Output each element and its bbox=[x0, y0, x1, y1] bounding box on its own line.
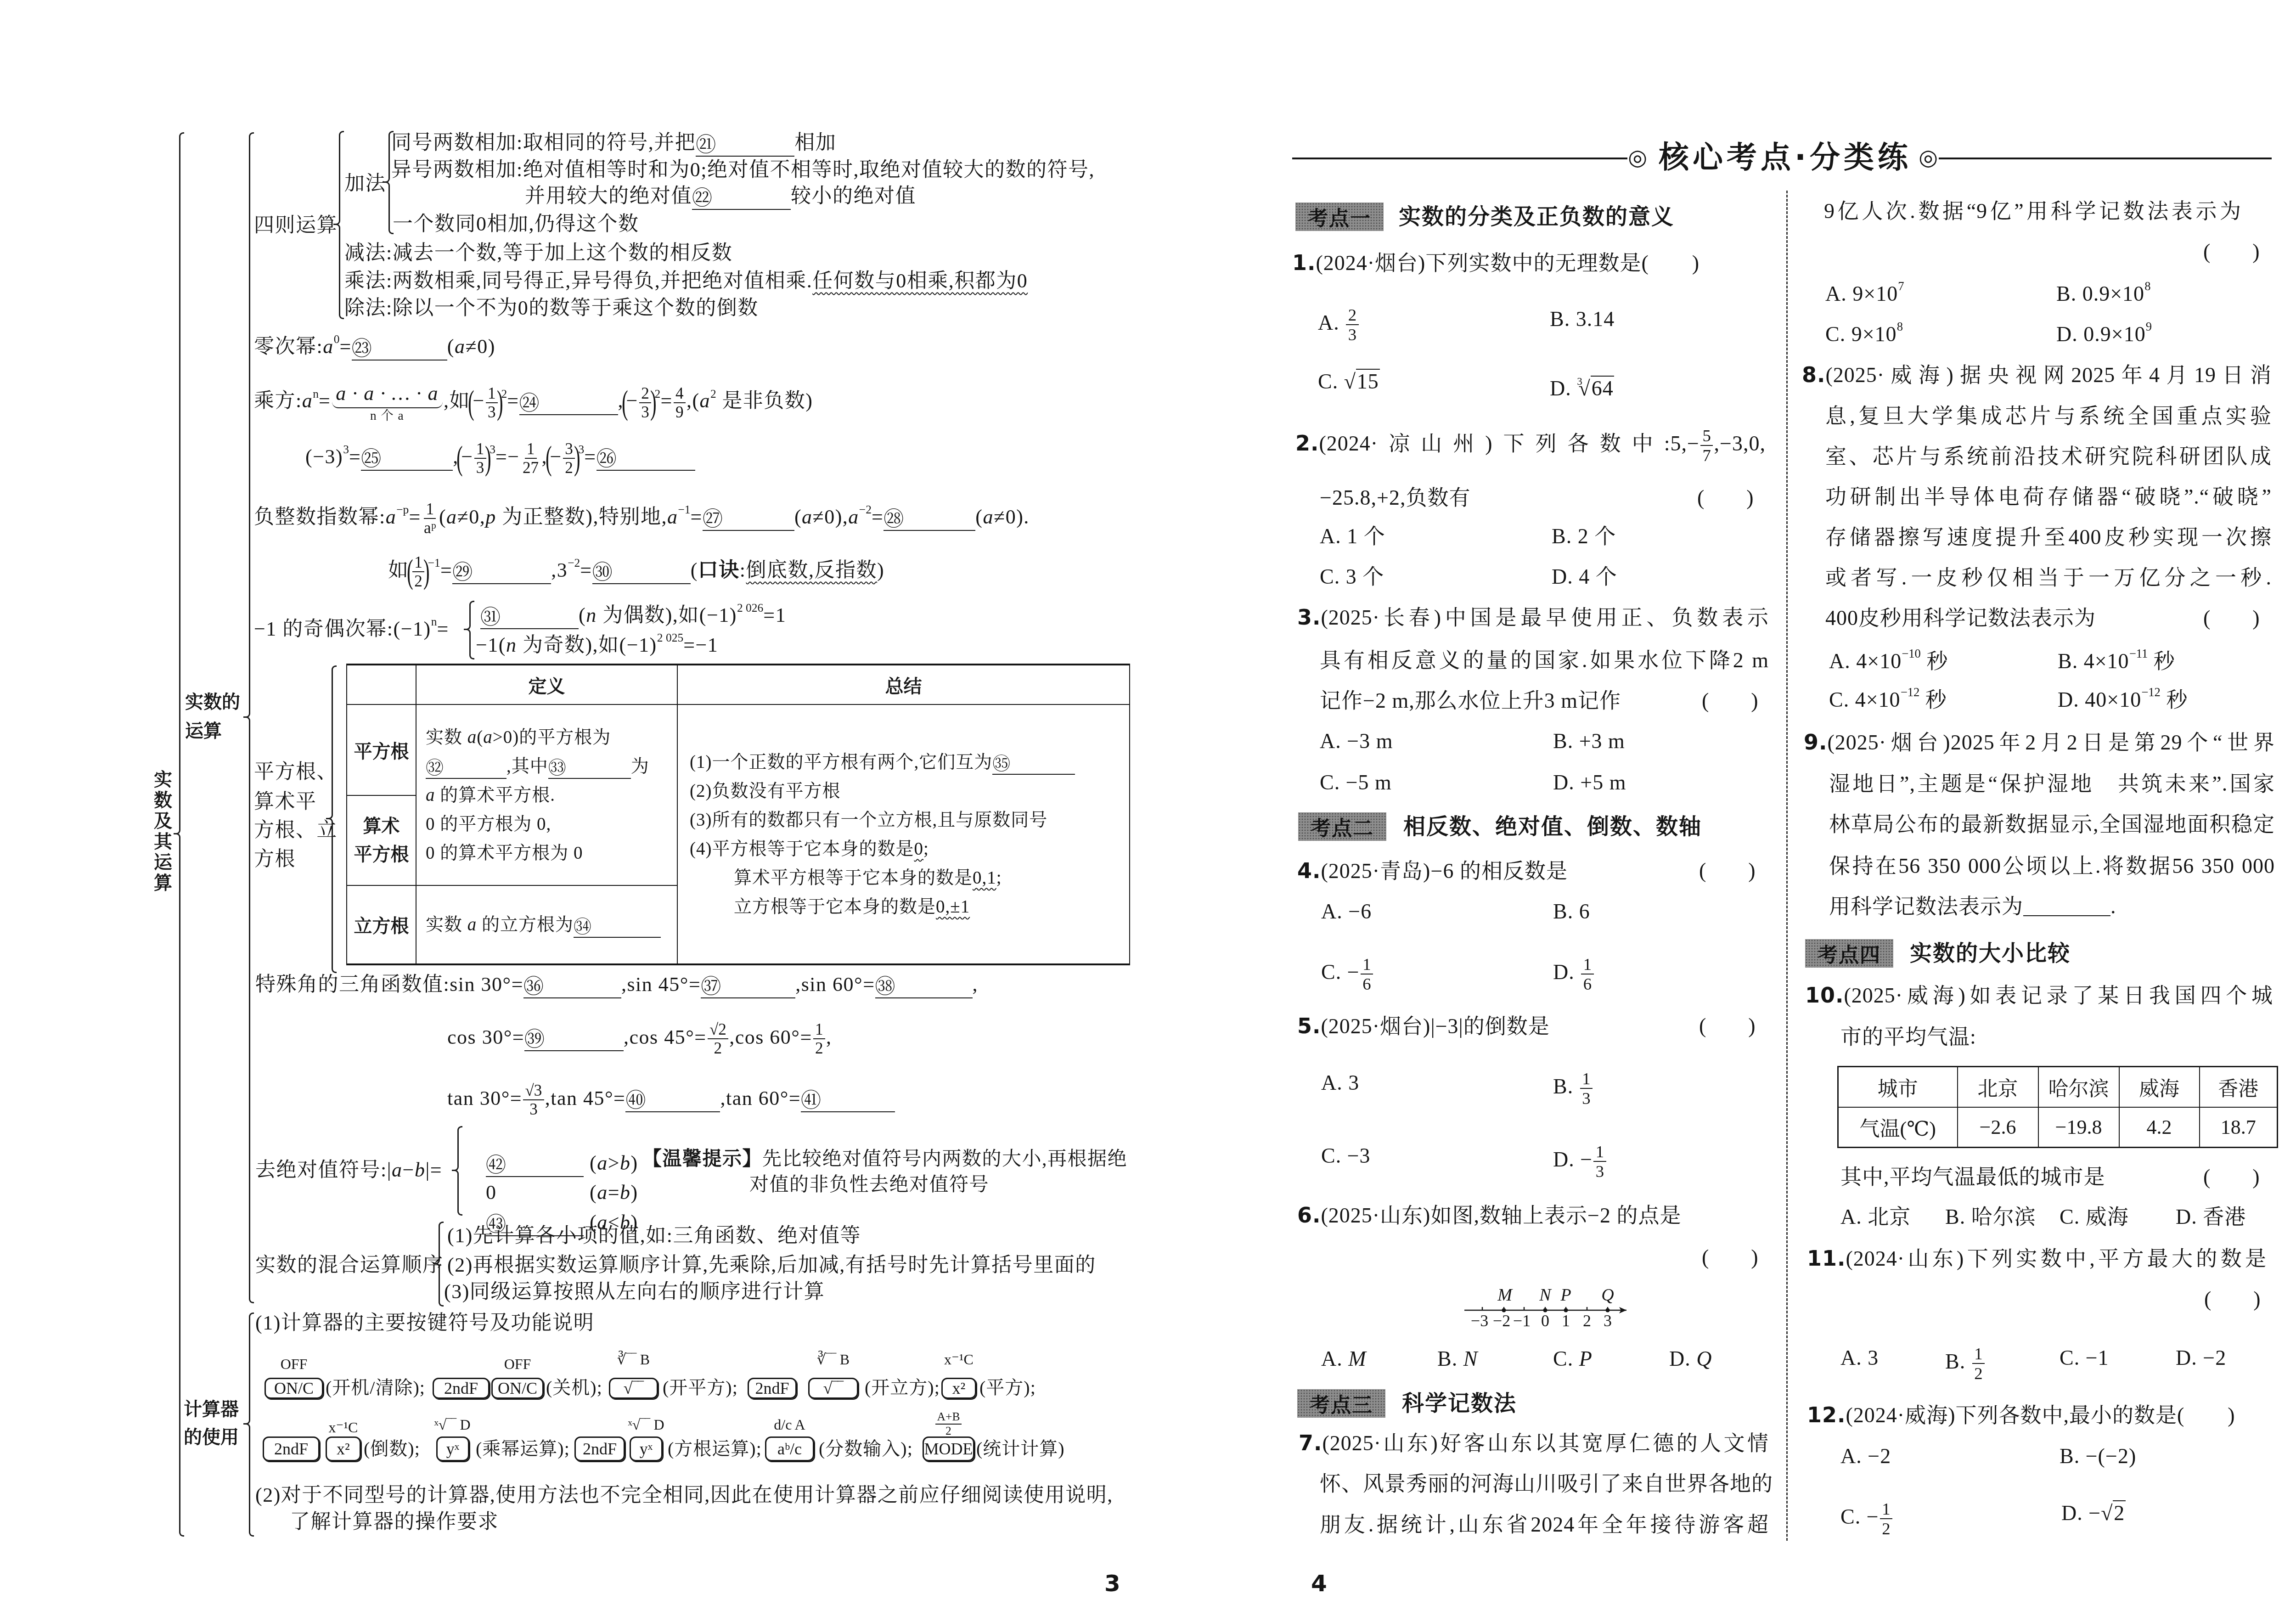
math-variable: a bbox=[302, 389, 313, 412]
answer-blank: ㊴ bbox=[524, 1029, 624, 1051]
q1-option-b: B. 3.14 bbox=[1550, 305, 1615, 333]
calculator-intro: (1)计算器的主要按键符号及功能说明 bbox=[255, 1310, 594, 1336]
brace-part bbox=[332, 822, 337, 973]
power-examples: (−3)3=㉕,(−13)3=−127,(−32)3=㉖ bbox=[305, 440, 695, 466]
summary-line: 立方根等于它本身的数是0,±1 bbox=[690, 892, 1129, 921]
q3-answer-paren: ( ) bbox=[1702, 687, 1758, 715]
definition-line: ㉜,其中㉝为 bbox=[426, 752, 677, 781]
superscript: 2 026 bbox=[737, 601, 763, 614]
q8-option-d: D. 40×10−12 秒 bbox=[2058, 686, 2188, 714]
mixed-order-label: 实数的混合运算顺序 bbox=[255, 1252, 444, 1278]
temperature-table-row: 气温(℃) −2.6 −19.8 4.2 18.7 bbox=[1838, 1107, 2278, 1148]
key-square-root: √‾‾ bbox=[609, 1378, 658, 1399]
fraction: √22 bbox=[708, 1020, 728, 1058]
key-square-root: √‾‾ bbox=[808, 1378, 858, 1399]
big-paren: ( bbox=[622, 386, 629, 420]
q10-prompt: 其中,平均气温最低的城市是 bbox=[1840, 1163, 2105, 1191]
superscript: 2 025 bbox=[657, 631, 683, 644]
math-variable: a bbox=[802, 506, 813, 528]
key-on-c: ON/C bbox=[491, 1378, 544, 1399]
key-2ndf: 2ndF bbox=[433, 1378, 490, 1399]
superscript: −2 bbox=[568, 556, 580, 569]
big-paren: ) bbox=[496, 386, 503, 420]
q2-option-d: D. 4 个 bbox=[1552, 563, 1617, 591]
brace-part bbox=[452, 1170, 459, 1174]
q12-stem: 12.(2024·威海)下列各数中,最小的数是( ) bbox=[1807, 1401, 2235, 1429]
math-variable: a bbox=[323, 335, 334, 358]
big-paren: ( bbox=[468, 386, 475, 420]
bold-text: 8. bbox=[1802, 362, 1825, 387]
bold-text: 6. bbox=[1297, 1203, 1321, 1228]
fraction: 12 bbox=[1972, 1344, 1985, 1383]
fraction: 13 bbox=[1580, 1069, 1593, 1108]
answer-blank: ㉝ bbox=[548, 759, 631, 779]
big-paren: ( bbox=[545, 441, 552, 476]
point-label: N bbox=[1539, 1285, 1552, 1305]
q7-option-a: A. 9×107 bbox=[1825, 280, 1904, 308]
q6-answer-paren: ( ) bbox=[1702, 1244, 1758, 1271]
brace-part bbox=[249, 1312, 254, 1420]
q9-stem-line-with-blank: 用科学记数法表示为. bbox=[1829, 893, 2116, 920]
answer-blank: ㉕ bbox=[361, 449, 453, 471]
parity-power-odd: −1(n 为奇数),如(−1)2 025=−1 bbox=[476, 632, 718, 658]
brace-root bbox=[174, 132, 185, 1537]
table-cell: 18.7 bbox=[2200, 1107, 2278, 1148]
section-badge: 考点三 bbox=[1297, 1389, 1385, 1418]
key-caption-root: (方根运算); bbox=[668, 1436, 762, 1462]
roots-table-header-definition: 定义 bbox=[416, 665, 677, 704]
table-cell: −19.8 bbox=[2038, 1107, 2119, 1148]
answer-blank: ㉑ bbox=[696, 135, 794, 157]
roots-label-line1: 平方根、 bbox=[254, 759, 338, 785]
tick-label: 0 bbox=[1541, 1312, 1549, 1329]
answer-blank: ㊱ bbox=[523, 976, 621, 998]
math-variable: n bbox=[506, 634, 517, 656]
math-variable: a bbox=[467, 915, 477, 935]
point-label: M bbox=[1497, 1285, 1513, 1305]
definition-line: 0 的平方根为 0, bbox=[426, 810, 677, 839]
bold-text: 5. bbox=[1297, 1014, 1321, 1038]
q12-option-c: C. −12 bbox=[1840, 1499, 1893, 1527]
math-variable: a bbox=[700, 389, 711, 412]
summary-line: (3)所有的数都只有一个立方根,且与原数同号 bbox=[690, 805, 1129, 834]
q10-option-a: A. 北京 bbox=[1840, 1203, 1911, 1231]
square-root-definition-cell: 实数 a(a>0)的平方根为 ㉜,其中㉝为 a 的算术平方根. 0 的平方根为 … bbox=[416, 704, 677, 885]
big-paren: ) bbox=[650, 386, 657, 420]
q8-option-a: A. 4×10−10 秒 bbox=[1829, 648, 1948, 675]
parity-power-even: ㉛(n 为偶数),如(−1)2 026=1 bbox=[480, 603, 786, 628]
tick-label: −1 bbox=[1513, 1312, 1531, 1329]
brace-part bbox=[457, 1126, 462, 1166]
row-label-arithmetic-square-root: 算术 平方根 bbox=[347, 795, 416, 885]
answer-blank: ㉜ bbox=[426, 759, 506, 779]
q9-stem-line: 湿地日”,主题是“保护湿地 共筑未来”.国家 bbox=[1829, 770, 2275, 798]
key-alt-cube-root: ∛‾‾ B bbox=[609, 1350, 658, 1369]
q2-stem-line: −25.8,+2,负数有 bbox=[1320, 484, 1470, 512]
brace-part bbox=[464, 629, 471, 633]
bold-text: 11. bbox=[1807, 1246, 1846, 1271]
fraction: 12 bbox=[813, 1020, 825, 1058]
q7-option-d: D. 0.9×109 bbox=[2056, 321, 2152, 348]
key-2ndf: 2ndF bbox=[263, 1436, 320, 1461]
brace-part bbox=[332, 665, 337, 815]
answer-blank: ㊳ bbox=[875, 976, 973, 998]
q3-stem-line: 记作−2 m,那么水位上升3 m记作 bbox=[1320, 687, 1621, 715]
tick-label: −2 bbox=[1493, 1312, 1510, 1329]
abs-value-label: 去绝对值符号:|a−b|= bbox=[255, 1157, 442, 1183]
q6-stem: 6.(2025·山东)如图,数轴上表示−2 的点是 bbox=[1297, 1201, 1681, 1229]
addition-rule-same-sign: 同号两数相加:取相同的符号,并把㉑相加 bbox=[391, 130, 836, 156]
key-square: x² bbox=[326, 1436, 361, 1461]
q8-stem-line: 存储器擦写速度提升至400皮秒实现一次擦 bbox=[1825, 524, 2272, 551]
summary-line: (1)一个正数的平方根有两个,它们互为㉟ bbox=[690, 748, 1129, 777]
roots-summary-cell: (1)一个正数的平方根有两个,它们互为㉟ (2)负数没有平方根 (3)所有的数都… bbox=[677, 704, 1130, 964]
brace-part bbox=[249, 721, 254, 1303]
fraction: 1aᵖ bbox=[422, 500, 438, 537]
parity-power-label: −1 的奇偶次幂:(−1)n= bbox=[254, 616, 449, 642]
key-alt-mean: A+B2 bbox=[923, 1406, 974, 1438]
fraction: 57 bbox=[1700, 426, 1713, 465]
brace-part bbox=[243, 716, 250, 721]
q5-option-d: D. −13 bbox=[1553, 1142, 1607, 1170]
math-variable: a bbox=[386, 506, 397, 528]
temperature-table: 城市 北京 哈尔滨 威海 香港 气温(℃) −2.6 −19.8 4.2 18.… bbox=[1837, 1066, 2278, 1148]
section-title: 实数的大小比较 bbox=[1910, 939, 2071, 968]
roots-label-line4: 方根 bbox=[254, 846, 296, 872]
key-caption-power-on-clear: (开机/清除); bbox=[326, 1375, 425, 1401]
q9-stem-line: 林草局公布的最新数据显示,全国湿地面积稳定 bbox=[1829, 811, 2275, 838]
key-caption-power: (乘幂运算); bbox=[476, 1436, 570, 1462]
bold-text: 1. bbox=[1292, 250, 1316, 275]
q2-stem: 2.(2024·凉山州)下列各数中:5,−57,−3,0, bbox=[1295, 426, 1766, 454]
q10-option-c: C. 威海 bbox=[2060, 1203, 2129, 1231]
bold-text: 10. bbox=[1805, 983, 1844, 1008]
key-caption-statistics: (统计计算) bbox=[976, 1436, 1065, 1462]
q3-stem-line: 具有相反意义的量的国家.如果水位下降2 m bbox=[1320, 647, 1769, 674]
answer-blank: ㉛ bbox=[480, 607, 579, 629]
definition-line: 实数 a(a>0)的平方根为 bbox=[426, 723, 677, 752]
emphasis-wavy: 0 bbox=[914, 839, 923, 859]
brace-part bbox=[457, 1174, 462, 1216]
key-caption-square: (平方); bbox=[979, 1375, 1036, 1401]
answer-blank: ㉗ bbox=[703, 509, 794, 531]
key-caption-fraction: (分数输入); bbox=[819, 1436, 913, 1462]
column-divider bbox=[1786, 191, 1788, 1541]
radical: √2 bbox=[2101, 1499, 2126, 1527]
q8-answer-paren: ( ) bbox=[2203, 604, 2260, 632]
abs-case-equal: 0(a=b) bbox=[463, 1154, 638, 1180]
answer-blank: ㉖ bbox=[597, 449, 695, 471]
answer-blank: ㉞ bbox=[574, 918, 661, 938]
section-badge: 考点二 bbox=[1298, 812, 1386, 841]
bullseye-icon: ◎ bbox=[1628, 144, 1647, 171]
math-variable: a bbox=[848, 506, 859, 528]
fraction: 127 bbox=[521, 440, 541, 477]
definition-line: 0 的算术平方根为 0 bbox=[426, 839, 677, 867]
table-header-cell: 威海 bbox=[2119, 1067, 2200, 1107]
q5-option-a: A. 3 bbox=[1321, 1069, 1359, 1097]
page-number-left: 3 bbox=[1104, 1571, 1120, 1596]
q8-stem-line: 功研制出半导体电荷存储器“破晓”.“破晓” bbox=[1825, 483, 2272, 511]
superscript: −1 bbox=[678, 503, 690, 516]
math-variable: p bbox=[485, 506, 496, 528]
brace-part bbox=[339, 131, 344, 220]
four-ops-label: 四则运算 bbox=[254, 213, 338, 238]
zero-power-rule: 零次幂:a0=㉓(a≠0) bbox=[254, 334, 495, 360]
answer-blank: ㉘ bbox=[884, 509, 975, 531]
superscript: 0 bbox=[334, 332, 340, 346]
q7-answer-paren: ( ) bbox=[2203, 238, 2260, 265]
superscript: −10 bbox=[1902, 647, 1921, 660]
key-power: yˣ bbox=[436, 1436, 469, 1461]
math-variable: a bbox=[483, 727, 493, 747]
math-variable: P bbox=[1579, 1347, 1593, 1370]
trig-sin-values: 特殊角的三角函数值:sin 30°=㊱,sin 45°=㊲,sin 60°=㊳, bbox=[255, 972, 978, 997]
bold-text: 9. bbox=[1804, 730, 1827, 755]
page-number-right: 4 bbox=[1311, 1571, 1327, 1596]
q12-option-a: A. −2 bbox=[1840, 1442, 1891, 1470]
q11-answer-paren: ( ) bbox=[2204, 1285, 2261, 1313]
superscript: n bbox=[431, 615, 437, 628]
negative-exponent-example: 如(12)−1=㉙,3−2=㉚(口诀:倒底数,反指数) bbox=[388, 553, 884, 579]
answer-blank: ㉒ bbox=[692, 188, 791, 210]
tick-label: 3 bbox=[1604, 1312, 1612, 1329]
fraction: 12 bbox=[412, 553, 424, 591]
underbrace: a · a · … · an 个 a bbox=[332, 383, 443, 423]
table-header-cell: 香港 bbox=[2200, 1067, 2278, 1107]
q4-option-c: C. −16 bbox=[1321, 955, 1374, 982]
math-variable: n bbox=[586, 604, 597, 626]
q6-option-c: C. P bbox=[1553, 1345, 1593, 1373]
fraction: 23 bbox=[1346, 305, 1358, 344]
q8-stem-line: 息,复旦大学集成芯片与系统全国重点实验 bbox=[1825, 402, 2272, 430]
q9-stem: 9.(2025·烟台)2025年2月2日是第29个“世界 bbox=[1804, 728, 2275, 756]
q9-stem-line: 保持在56 350 000公顷以上.将数据56 350 000 bbox=[1829, 852, 2275, 880]
fraction: 13 bbox=[1593, 1142, 1606, 1181]
superscript: 8 bbox=[1897, 320, 1903, 333]
q1-stem: 1.(2024·烟台)下列实数中的无理数是( ) bbox=[1292, 249, 1699, 276]
fraction: 32 bbox=[563, 440, 575, 477]
fraction: √33 bbox=[523, 1082, 544, 1119]
math-variable: a bbox=[667, 506, 678, 528]
tick-label: 1 bbox=[1562, 1312, 1570, 1329]
superscript: n bbox=[313, 387, 319, 400]
q11-option-d: D. −2 bbox=[2176, 1344, 2226, 1372]
calculator-label-line2: 的使用 bbox=[184, 1426, 239, 1448]
table-cell: 气温(℃) bbox=[1838, 1107, 1958, 1148]
math-variable: a bbox=[983, 506, 994, 528]
mixed-order-step: (3)同级运算按照从左向右的顺序进行计算 bbox=[444, 1279, 825, 1305]
math-variable: N bbox=[1463, 1347, 1478, 1370]
q8-option-b: B. 4×10−11 秒 bbox=[2058, 648, 2175, 675]
big-paren: ) bbox=[574, 441, 581, 476]
superscript: 2 bbox=[710, 387, 716, 400]
fraction: 13 bbox=[486, 384, 498, 422]
q1-option-c: C. √15 bbox=[1318, 368, 1380, 395]
roots-table-corner-cell bbox=[347, 665, 416, 704]
number-line-figure: −3 −2 −1 0 1 2 3 M N P Q bbox=[1456, 1277, 1639, 1329]
q8-stem-line: 400皮秒用科学记数法表示为 bbox=[1825, 604, 2096, 632]
brace-operations bbox=[243, 132, 254, 1303]
mixed-order-step: (2)再根据实数运算顺序计算,先乘除,后加减,有括号时先计算括号里面的 bbox=[447, 1252, 1096, 1278]
bullseye-icon: ◎ bbox=[1919, 144, 1938, 171]
big-paren: ( bbox=[456, 441, 463, 476]
brace-part bbox=[174, 833, 180, 838]
abs-case-greater: ㊷(a>b) bbox=[463, 1125, 638, 1150]
section-title: 科学记数法 bbox=[1402, 1389, 1517, 1418]
q8-stem: 8.(2025·威海)据央视网2025年4月19日消 bbox=[1802, 361, 2272, 389]
cube-root-definition-cell: 实数 a 的立方根为㉞ bbox=[416, 885, 677, 964]
answer-blank: ㉙ bbox=[452, 562, 551, 584]
math-variable: a bbox=[426, 785, 435, 805]
brace-part bbox=[469, 601, 474, 625]
q4-answer-paren: ( ) bbox=[1699, 857, 1756, 884]
key-alt-off: OFF bbox=[264, 1355, 323, 1373]
addition-label: 加法 bbox=[344, 171, 386, 197]
table-header-cell: 哈尔滨 bbox=[2038, 1067, 2119, 1107]
superscript: 7 bbox=[1898, 279, 1904, 293]
key-2ndf: 2ndF bbox=[574, 1436, 625, 1461]
section-badge: 考点一 bbox=[1295, 203, 1384, 231]
definition-line: a 的算术平方根. bbox=[426, 781, 677, 810]
addition-rule-opposite-sign-cont: 并用较大的绝对值㉒较小的绝对值 bbox=[525, 183, 916, 209]
math-variable: a bbox=[392, 1159, 403, 1181]
summary-line: (4)平方根等于它本身的数是0; bbox=[690, 834, 1129, 863]
brace-part bbox=[249, 1428, 254, 1537]
q2-answer-paren: ( ) bbox=[1697, 484, 1754, 512]
q4-stem: 4.(2025·青岛)−6 的相反数是 bbox=[1297, 857, 1568, 884]
roots-table-row: 平方根 实数 a(a>0)的平方根为 ㉜,其中㉝为 a 的算术平方根. 0 的平… bbox=[347, 704, 1130, 795]
bold-text: 12. bbox=[1807, 1403, 1846, 1427]
big-paren: ) bbox=[423, 555, 430, 589]
row-label-line: 算术 bbox=[347, 812, 416, 840]
q11-option-c: C. −1 bbox=[2060, 1344, 2109, 1372]
emphasis-wavy: 倒底数,反指数 bbox=[746, 559, 878, 581]
table-cell: 4.2 bbox=[2119, 1107, 2200, 1148]
point-label: P bbox=[1560, 1285, 1571, 1305]
q4-option-a: A. −6 bbox=[1321, 898, 1372, 925]
math-variable: a bbox=[467, 727, 477, 747]
mixed-order-step: (1)先计算各小项的值,如:三角函数、绝对值等 bbox=[447, 1223, 861, 1249]
q1-option-d: D. 3√64 bbox=[1550, 368, 1614, 395]
operations-label-line1: 实数的 bbox=[185, 691, 240, 713]
fraction: 13 bbox=[474, 440, 486, 477]
roots-label-line3: 方根、立 bbox=[254, 817, 338, 843]
q5-option-c: C. −3 bbox=[1321, 1142, 1371, 1170]
radical: √15 bbox=[1344, 368, 1380, 395]
q2-option-b: B. 2 个 bbox=[1552, 523, 1616, 550]
bold-text: 口诀 bbox=[698, 558, 740, 582]
section-title: 实数的分类及正负数的意义 bbox=[1399, 203, 1674, 231]
math-variable: M bbox=[1348, 1347, 1366, 1370]
brace-part bbox=[339, 228, 344, 319]
key-alt-nth-root: ˣ√‾‾ D bbox=[427, 1415, 478, 1434]
calculator-label-line1: 计算器 bbox=[184, 1398, 239, 1420]
key-alt-nth-root: ˣ√‾‾ D bbox=[621, 1415, 671, 1434]
q11-stem: 11.(2024·山东)下列实数中,平方最大的数是 bbox=[1807, 1245, 2267, 1272]
math-variable: Q bbox=[1696, 1347, 1712, 1370]
header-rule-left bbox=[1292, 158, 1627, 159]
superscript: 3 bbox=[343, 443, 349, 456]
q2-option-c: C. 3 个 bbox=[1320, 563, 1384, 591]
tick-label: 2 bbox=[1583, 1312, 1591, 1329]
q7-stem-line: 朋友.据统计,山东省2024年全年接待游客超 bbox=[1320, 1511, 1769, 1538]
table-header-cell: 北京 bbox=[1958, 1067, 2038, 1107]
q1-option-a: A. 23 bbox=[1318, 305, 1360, 333]
bold-text: 7. bbox=[1299, 1431, 1322, 1455]
page-title: 核心考点·分类练 bbox=[1659, 137, 1912, 178]
q3-option-c: C. −5 m bbox=[1320, 769, 1392, 796]
big-paren: ( bbox=[407, 555, 414, 589]
key-caption-reciprocal: (倒数); bbox=[364, 1436, 420, 1462]
brace-absolute-value bbox=[452, 1126, 463, 1216]
bold-text: 3. bbox=[1297, 605, 1321, 630]
q8-option-c: C. 4×10−12 秒 bbox=[1829, 686, 1947, 714]
superscript: −11 bbox=[2129, 647, 2148, 660]
answer-blank: ㉚ bbox=[592, 562, 691, 584]
emphasis-wavy: 0,1 bbox=[973, 868, 996, 888]
brace-parity bbox=[464, 601, 475, 659]
superscript: −2 bbox=[859, 503, 872, 516]
answer-blank: ㉟ bbox=[992, 755, 1075, 775]
brace-part bbox=[469, 633, 474, 659]
brace-calculator bbox=[243, 1312, 254, 1537]
key-alt-cube-root: ∛‾‾ B bbox=[808, 1350, 858, 1369]
key-mode: MODE bbox=[923, 1436, 974, 1461]
roots-label-line2: 算术平 bbox=[254, 789, 317, 815]
bold-text: 2. bbox=[1295, 431, 1319, 456]
row-label-line: 平方根 bbox=[347, 840, 416, 869]
calculator-note-line2: 了解计算器的操作要求 bbox=[290, 1509, 499, 1535]
key-alt-reciprocal: x⁻¹C bbox=[937, 1350, 981, 1369]
answer-blank: ㊲ bbox=[701, 976, 795, 998]
trig-tan-values: tan 30°=√33,tan 45°=㊵,tan 60°=㊶ bbox=[447, 1082, 895, 1107]
key-square: x² bbox=[941, 1378, 976, 1399]
math-variable: a bbox=[446, 506, 457, 528]
superscript: 8 bbox=[2144, 279, 2150, 293]
abs-case-less: ㊸(a<b) bbox=[463, 1184, 638, 1210]
superscript: 9 bbox=[2146, 320, 2152, 333]
answer-blank: ㊶ bbox=[801, 1090, 895, 1112]
q3-option-b: B. +3 m bbox=[1553, 727, 1625, 755]
division-rule: 除法:除以一个不为0的数等于乘这个数的倒数 bbox=[344, 295, 759, 321]
q6-option-b: B. N bbox=[1437, 1345, 1478, 1373]
q5-option-b: B. 13 bbox=[1553, 1069, 1593, 1097]
q4-option-d: D. 16 bbox=[1553, 955, 1595, 982]
radical: 3√64 bbox=[1577, 368, 1614, 402]
fraction: 16 bbox=[1581, 955, 1593, 993]
tip-line1: 【温馨提示】先比较绝对值符号内两数的大小,再根据绝 bbox=[642, 1146, 1127, 1172]
roots-table: 定义 总结 平方根 实数 a(a>0)的平方根为 ㉜,其中㉝为 a 的算术平方根… bbox=[346, 664, 1130, 965]
bold-text: 【温馨提示】 bbox=[642, 1147, 762, 1170]
q5-stem: 5.(2025·烟台)|−3|的倒数是 bbox=[1297, 1012, 1550, 1040]
tick-label: −3 bbox=[1471, 1312, 1488, 1329]
fraction: 16 bbox=[1361, 955, 1373, 993]
superscript: −12 bbox=[2141, 685, 2161, 699]
q3-option-a: A. −3 m bbox=[1320, 727, 1393, 755]
answer-blank: ㊵ bbox=[625, 1090, 720, 1112]
superscript: −12 bbox=[1901, 685, 1920, 699]
q6-option-d: D. Q bbox=[1669, 1345, 1712, 1373]
q5-answer-paren: ( ) bbox=[1699, 1012, 1756, 1040]
q7-option-c: C. 9×108 bbox=[1825, 321, 1903, 348]
brace-part bbox=[243, 1423, 250, 1428]
key-power: yˣ bbox=[630, 1436, 663, 1461]
section-badge: 考点四 bbox=[1805, 939, 1893, 968]
addition-rule-zero: 一个数同0相加,仍得这个数 bbox=[393, 211, 639, 237]
q8-stem-line: 室、芯片与系统前沿技术研究院科研团队成 bbox=[1825, 443, 2272, 470]
big-paren: ) bbox=[485, 441, 492, 476]
